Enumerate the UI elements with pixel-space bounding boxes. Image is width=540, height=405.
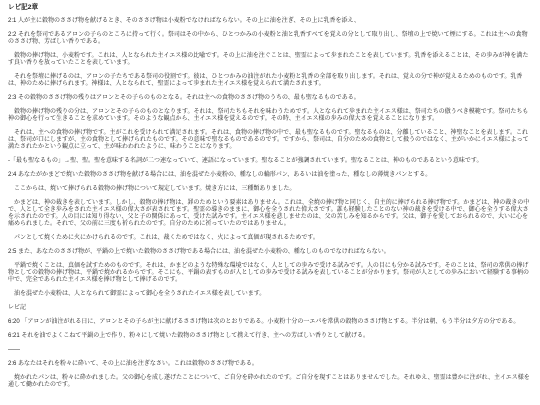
verse-2-5: 2:5 また、あなたのささげ物が、平鍋の上で焼いた穀物のささげ物である場合には、… bbox=[8, 249, 531, 256]
commentary-paragraph: それを祭壇に捧げるのは、アロンの子たちである祭司の役割です。彼は、ひとつかみの油… bbox=[8, 74, 531, 88]
commentary-paragraph: 焼かれたパンは、粉々に砕かれました。父の御心を成し遂げたことについて、ご自分を砕… bbox=[8, 375, 531, 389]
verse-2-1: 2:1 人が主に穀物のささげ物を献げるとき、そのささげ物は小麦粉でなければならな… bbox=[8, 18, 531, 25]
verse-2-6: 2:6 あなたはそれを粉々に砕いて、その上に油を注ぎなさい。これは穀物のささげ物… bbox=[8, 361, 531, 368]
verse-2-4: 2:4 あなたがかまどで焼いた穀物のささげ物を献げる場合には、油を混ぜた小麦粉の… bbox=[8, 172, 531, 179]
commentary-paragraph: 穀物の捧げ物は、小麦粉です。これは、人となられた主イエス様の比喩です。その上に油… bbox=[8, 53, 531, 67]
commentary-paragraph: 油を混ぜた小麦粉は、人となられて御霊によって御心を全うされたイエス様を表していま… bbox=[8, 291, 531, 298]
divider-line: ―― bbox=[8, 347, 531, 354]
verse-6-21: 6:21 それを油でよくこねて平鍋の上で作り、粉々にして焼いた穀物のささげ物とし… bbox=[8, 333, 531, 340]
verse-2-2: 2:2 それを祭司であるアロンの子らのところに持って行く。祭司はその中から、ひと… bbox=[8, 32, 531, 46]
note-line: -「最も聖なるもの」→聖、聖。聖を意味する名詞が二つ連なっていて、連語になってい… bbox=[8, 158, 531, 165]
commentary-paragraph: それは、主への食物の捧げ物です。主がこれを受けられて満足されます。それは、食物の… bbox=[8, 130, 531, 151]
commentary-paragraph: ここからは、焼いて捧げられる穀物の捧げ物について規定しています。焼き方には、三種… bbox=[8, 186, 531, 193]
commentary-paragraph: かまどは、神の裁きを表しています。しかし、穀物の捧げ物は、罪のためという要素はあ… bbox=[8, 200, 531, 228]
document-page: レビ記2章 2:1 人が主に穀物のささげ物を献げるとき、そのささげ物は小麦粉でな… bbox=[0, 0, 540, 405]
verse-6-20: 6:20 「アロンが油注がれる日に、アロンとその子らが主に献げるささげ物は次のと… bbox=[8, 319, 531, 326]
commentary-paragraph: 穀物の捧げ物の残りの分は、アロンとその子らのものとなります。それは、祭司たちもそ… bbox=[8, 109, 531, 123]
commentary-paragraph: パンとして焼くために火にかけられるのです。これは、裁くためではなく、火によって真… bbox=[8, 235, 531, 242]
commentary-paragraph: 平鍋で焼くことは、真価を試すためのものです。それは、かまどのような特殊な環境では… bbox=[8, 263, 531, 284]
page-title: レビ記2章 bbox=[8, 4, 531, 12]
verse-2-3: 2:3 その穀物のささげ物の残りはアロンとその子らのものとなる。それは主への食物… bbox=[8, 95, 531, 102]
book-heading: レビ記 bbox=[8, 305, 531, 312]
